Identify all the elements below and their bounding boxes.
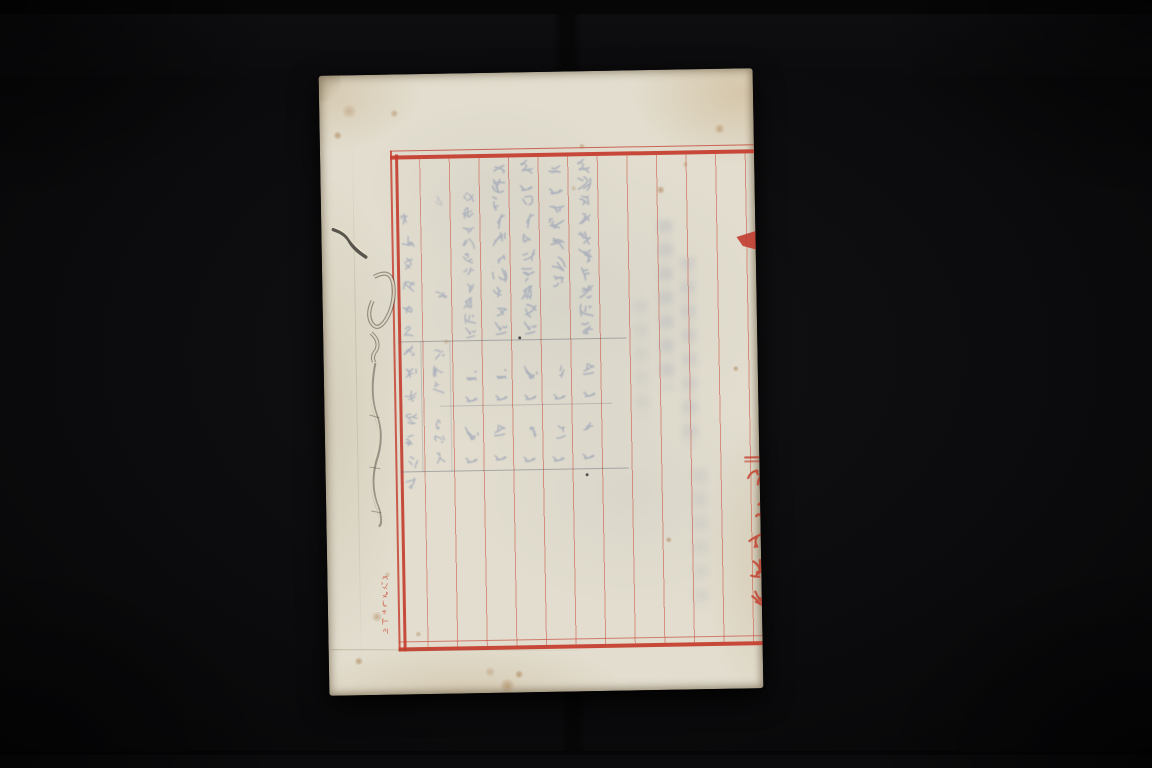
bleedthrough-text-column [547,160,567,293]
foxing-stain [657,186,665,194]
bleedthrough-table-cell [522,424,539,472]
bleedthrough-text-group [430,347,446,398]
bleedthrough-table-cell [464,425,481,473]
foxing-stain [500,679,514,693]
bleedthrough-character [434,286,448,301]
publisher-imprint-text [380,573,389,636]
foxing-stain [715,124,725,134]
foxing-stain [571,185,577,191]
bleedthrough-text-column [518,158,538,338]
bleedthrough-table-cell [552,364,569,408]
foxing-stain [355,657,363,665]
ghost-smudge-column [657,220,675,390]
bleedthrough-text-column [575,157,595,337]
ink-speck [586,473,589,476]
foxing-stain [515,670,523,678]
foxing-stain [415,631,421,637]
foxing-stain [666,537,672,543]
bleedthrough-table-cell [523,364,540,408]
foxing-stain [485,667,495,677]
foxing-stain [733,366,739,372]
bleedthrough-text-group [432,416,448,467]
foxing-stain [384,572,390,578]
paper-crease [331,649,581,651]
paper-corner-fold [319,75,341,101]
bleedthrough-table-cell [493,423,510,471]
edge-bracket-mark [744,456,759,458]
bleedthrough-character [433,194,447,209]
bleedthrough-table-cell [582,361,599,405]
foxing-stain [443,339,449,345]
foxing-stain [334,131,342,139]
foxing-stain [579,143,585,149]
bleedthrough-table-cell [464,366,481,410]
bleedthrough-table-cell [581,421,598,469]
ghost-smudge-column [633,300,650,420]
bleedthrough-table-cell [551,424,568,472]
foxing-stain [390,109,398,117]
bleedthrough-text-column [461,191,478,341]
bleedthrough-table-cell [494,365,511,409]
bleedthrough-text-column [489,159,509,339]
document-page [319,68,764,695]
foxing-stain [682,161,688,167]
foxing-stain [342,104,356,118]
ghost-smudge-column [692,469,709,609]
photo-backdrop [0,0,1152,768]
